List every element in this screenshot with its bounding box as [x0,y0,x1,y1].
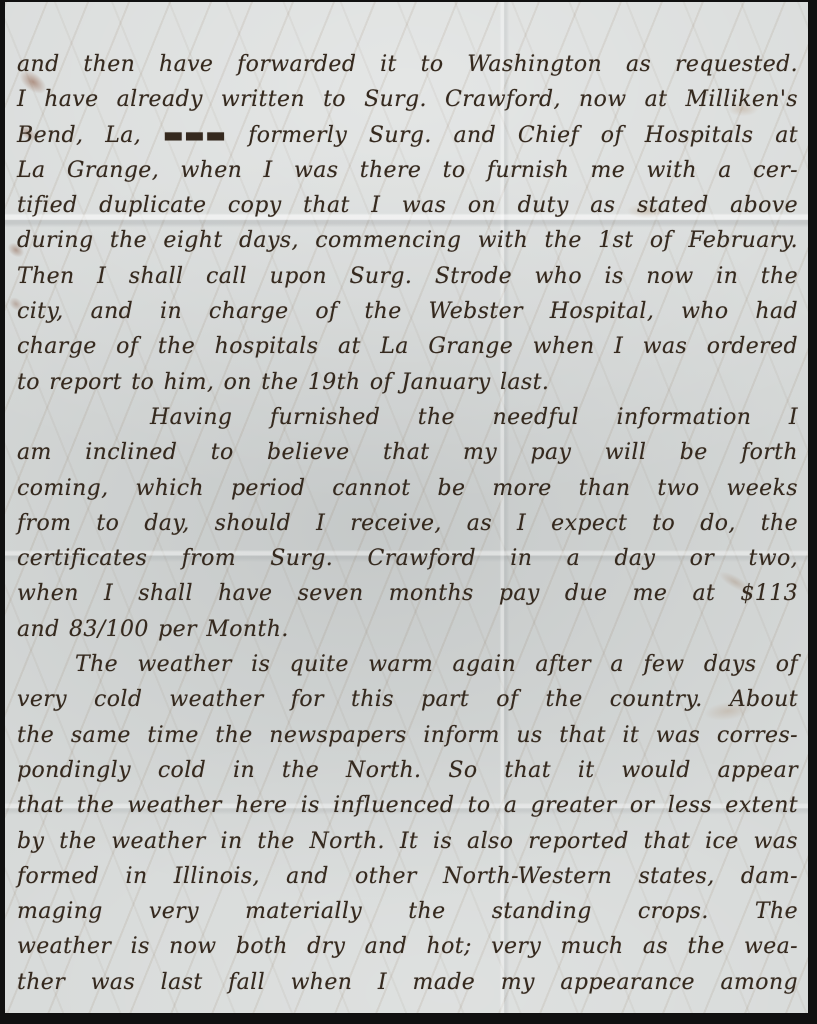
letter-paper: and then have forwarded it to Washington… [5,2,808,1013]
handwritten-line: during the eight days, commencing with t… [17,228,798,263]
handwritten-line: to report to him, on the 19th of January… [17,370,798,405]
handwritten-line: maging very materially the standing crop… [17,899,798,934]
handwritten-line: The weather is quite warm again after a … [75,652,798,687]
handwritten-line: tified duplicate copy that I was on duty… [17,193,798,228]
handwritten-line: city, and in charge of the Webster Hospi… [17,299,798,334]
handwritten-line: charge of the hospitals at La Grange whe… [17,334,798,369]
handwritten-line: Having furnished the needful information… [150,405,798,440]
handwritten-line: ther was last fall when I made my appear… [17,970,798,1005]
handwritten-line: when I shall have seven months pay due m… [17,581,798,616]
handwritten-line: weather is now both dry and hot; very mu… [17,934,798,969]
handwritten-line: I have already written to Surg. Crawford… [17,87,798,122]
handwritten-line: formed in Illinois, and other North-West… [17,864,798,899]
handwritten-line: the same time the newspapers inform us t… [17,723,798,758]
handwritten-line: and 83/100 per Month. [17,617,798,652]
handwritten-line: certificates from Surg. Crawford in a da… [17,546,798,581]
handwritten-line: La Grange, when I was there to furnish m… [17,158,798,193]
handwritten-line: very cold weather for this part of the c… [17,687,798,722]
handwritten-line: from to day, should I receive, as I expe… [17,511,798,546]
handwritten-line: coming, which period cannot be more than… [17,476,798,511]
scanned-letter-page: and then have forwarded it to Washington… [0,0,817,1024]
handwritten-line: that the weather here is influenced to a… [17,793,798,828]
letter-text: and then have forwarded it to Washington… [17,52,798,1005]
handwritten-line: Then I shall call upon Surg. Strode who … [17,264,798,299]
handwritten-line: am inclined to believe that my pay will … [17,440,798,475]
handwritten-line: by the weather in the North. It is also … [17,829,798,864]
handwritten-line: and then have forwarded it to Washington… [17,52,798,87]
handwritten-line: pondingly cold in the North. So that it … [17,758,798,793]
handwritten-line: Bend, La, ▬▬▬ formerly Surg. and Chief o… [17,123,798,158]
